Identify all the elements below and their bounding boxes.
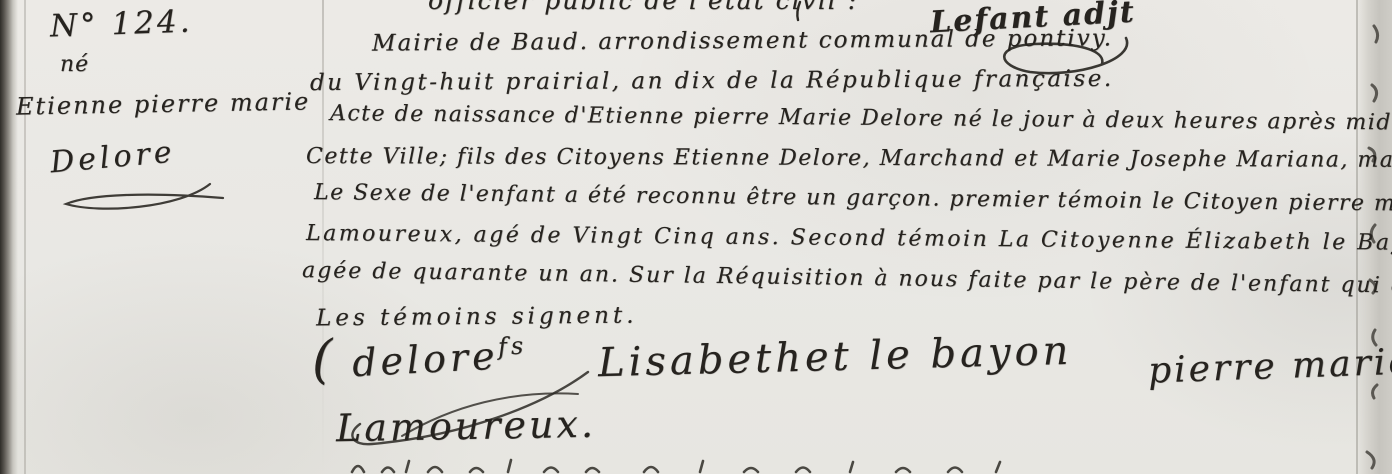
signature-witness1-firstnames: pierre marie [1147,341,1392,391]
cut-off-bottom-line [348,458,1028,474]
body-line-temoins: Lamoureux, agé de Vingt Cinq ans. Second… [306,221,1392,256]
body-line-requisition: agée de quarante un an. Sur la Réquisiti… [302,258,1392,299]
body-line-date: du Vingt-huit prairial, an dix de la Rép… [310,66,1114,96]
body-line-parents: Cette Ville; fils des Citoyens Etienne D… [306,144,1392,173]
body-line-signent: Les témoins signent. [316,303,638,332]
signature-witness2: Lisabethet le bayon [597,328,1072,386]
body-line-acte: Acte de naissance d'Etienne pierre Marie… [330,101,1392,136]
surname-flourish [58,180,233,218]
body-line-sexe: Le Sexe de l'enfant a été reconnu être u… [314,180,1392,217]
margin-child-name: Etienne pierre marie [16,87,311,120]
paraph-mark: ( [312,330,332,390]
margin-note-ne: né [60,52,89,77]
binding-edge [0,0,18,474]
paper-edge-line [24,0,26,474]
margin-record-number: N° 124. [49,4,193,45]
signature-father-suffix: fs [497,331,528,360]
signature-witness1-surname: Lamoureux. [336,402,597,451]
margin-surname: Delore [49,135,177,181]
register-scan: N° 124. né Etienne pierre marie Delore o… [0,0,1392,474]
stray-ink-stroke [790,0,806,22]
body-line-mairie: Mairie de Baud. arrondissement communal … [372,25,1113,56]
